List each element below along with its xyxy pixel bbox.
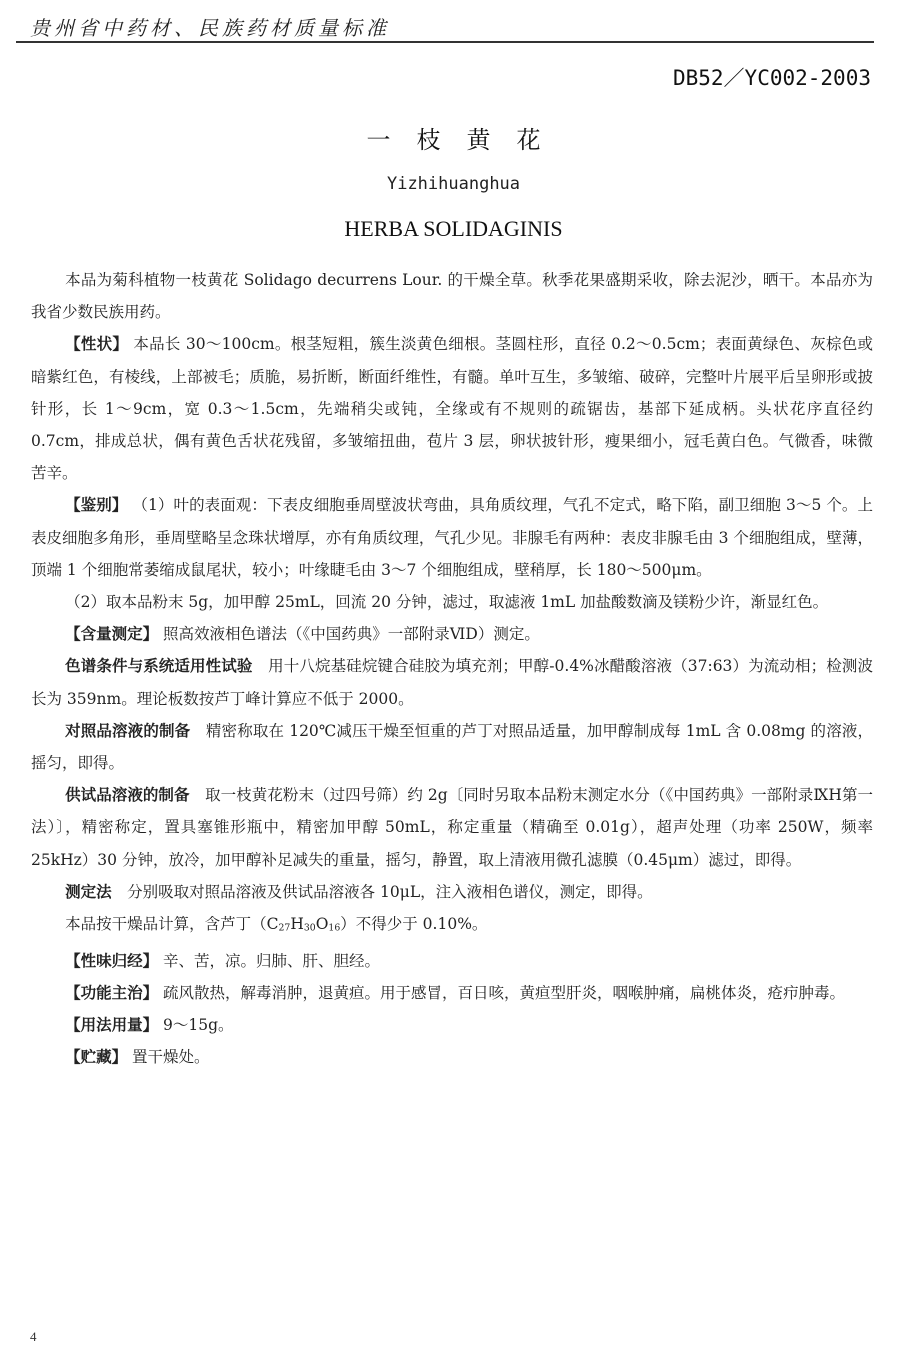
assay-label: 【含量测定】 — [65, 625, 158, 643]
identification-paragraph-1: 【鉴别】 （1）叶的表面观：下表皮细胞垂周壁波状弯曲，具角质纹理，气孔不定式，略… — [31, 489, 873, 586]
identification-paragraph-2: （2）取本品粉末 5g，加甲醇 25mL，回流 20 分钟，滤过，取滤液 1mL… — [31, 586, 873, 618]
dosage-paragraph: 【用法用量】 9～15g。 — [31, 1009, 873, 1041]
dosage-label: 【用法用量】 — [65, 1016, 158, 1034]
limit-text-end: ）不得少于 0.10%。 — [340, 915, 487, 933]
formula-element: O — [316, 915, 329, 933]
formula-subscript: 27 — [278, 922, 290, 933]
dosage-text: 9～15g。 — [163, 1016, 234, 1034]
character-paragraph: 【性状】 本品长 30～100cm。根茎短粗，簇生淡黄色细根。茎圆柱形，直径 0… — [31, 328, 873, 489]
page-number: 4 — [30, 1329, 37, 1345]
reference-paragraph: 对照品溶液的制备 精密称取在 120℃减压干燥至恒重的芦丁对照品适量，加甲醇制成… — [31, 715, 873, 779]
function-text: 疏风散热，解毒消肿，退黄疸。用于感冒，百日咳，黄疸型肝炎，咽喉肿痛，扁桃体炎，疮… — [163, 984, 845, 1002]
method-text: 分别吸取对照品溶液及供试品溶液各 10μL，注入液相色谱仪，测定，即得。 — [127, 883, 653, 901]
chromatography-label: 色谱条件与系统适用性试验 — [65, 657, 252, 675]
sample-label: 供试品溶液的制备 — [65, 786, 189, 804]
function-label: 【功能主治】 — [65, 984, 158, 1002]
storage-label: 【贮藏】 — [65, 1048, 127, 1066]
nature-paragraph: 【性味归经】 辛、苦，凉。归肺、肝、胆经。 — [31, 945, 873, 977]
assay-text: 照高效液相色谱法（《中国药典》一部附录ⅥD）测定。 — [163, 625, 540, 643]
title-latin: HERBA SOLIDAGINIS — [0, 216, 907, 242]
storage-text: 置干燥处。 — [132, 1048, 210, 1066]
sample-paragraph: 供试品溶液的制备 取一枝黄花粉末（过四号筛）约 2g〔同时另取本品粉末测定水分（… — [31, 779, 873, 876]
document-body: 本品为菊科植物一枝黄花 Solidago decurrens Lour. 的干燥… — [31, 264, 873, 1073]
title-pinyin: Yizhihuanghua — [0, 174, 907, 194]
formula-element: H — [290, 915, 304, 933]
standard-code: DB52／YC002-2003 — [673, 62, 871, 92]
identification-label: 【鉴别】 — [65, 496, 127, 514]
assay-paragraph: 【含量测定】 照高效液相色谱法（《中国药典》一部附录ⅥD）测定。 — [31, 618, 873, 650]
method-label: 测定法 — [65, 883, 112, 901]
limit-text: 本品按干燥品计算，含芦丁（C — [65, 915, 278, 933]
nature-label: 【性味归经】 — [65, 952, 158, 970]
reference-label: 对照品溶液的制备 — [65, 722, 190, 740]
character-text: 本品长 30～100cm。根茎短粗，簇生淡黄色细根。茎圆柱形，直径 0.2～0.… — [31, 335, 873, 482]
identification-text-1: （1）叶的表面观：下表皮细胞垂周壁波状弯曲，具角质纹理，气孔不定式，略下陷，副卫… — [31, 496, 873, 578]
limit-paragraph: 本品按干燥品计算，含芦丁（C27H30O16）不得少于 0.10%。 — [31, 908, 873, 945]
character-label: 【性状】 — [65, 335, 128, 353]
chromatography-paragraph: 色谱条件与系统适用性试验 用十八烷基硅烷键合硅胶为填充剂；甲醇-0.4%冰醋酸溶… — [31, 650, 873, 714]
formula-subscript: 30 — [304, 922, 316, 933]
method-paragraph: 测定法 分别吸取对照品溶液及供试品溶液各 10μL，注入液相色谱仪，测定，即得。 — [31, 876, 873, 908]
intro-paragraph: 本品为菊科植物一枝黄花 Solidago decurrens Lour. 的干燥… — [31, 264, 873, 328]
header-rule — [16, 41, 874, 43]
storage-paragraph: 【贮藏】 置干燥处。 — [31, 1041, 873, 1073]
function-paragraph: 【功能主治】 疏风散热，解毒消肿，退黄疸。用于感冒，百日咳，黄疸型肝炎，咽喉肿痛… — [31, 977, 873, 1009]
title-chinese: 一枝黄花 — [0, 120, 907, 155]
formula-subscript: 16 — [328, 922, 340, 933]
nature-text: 辛、苦，凉。归肺、肝、胆经。 — [163, 952, 380, 970]
running-head: 贵州省中药材、民族药材质量标准 — [30, 12, 390, 41]
